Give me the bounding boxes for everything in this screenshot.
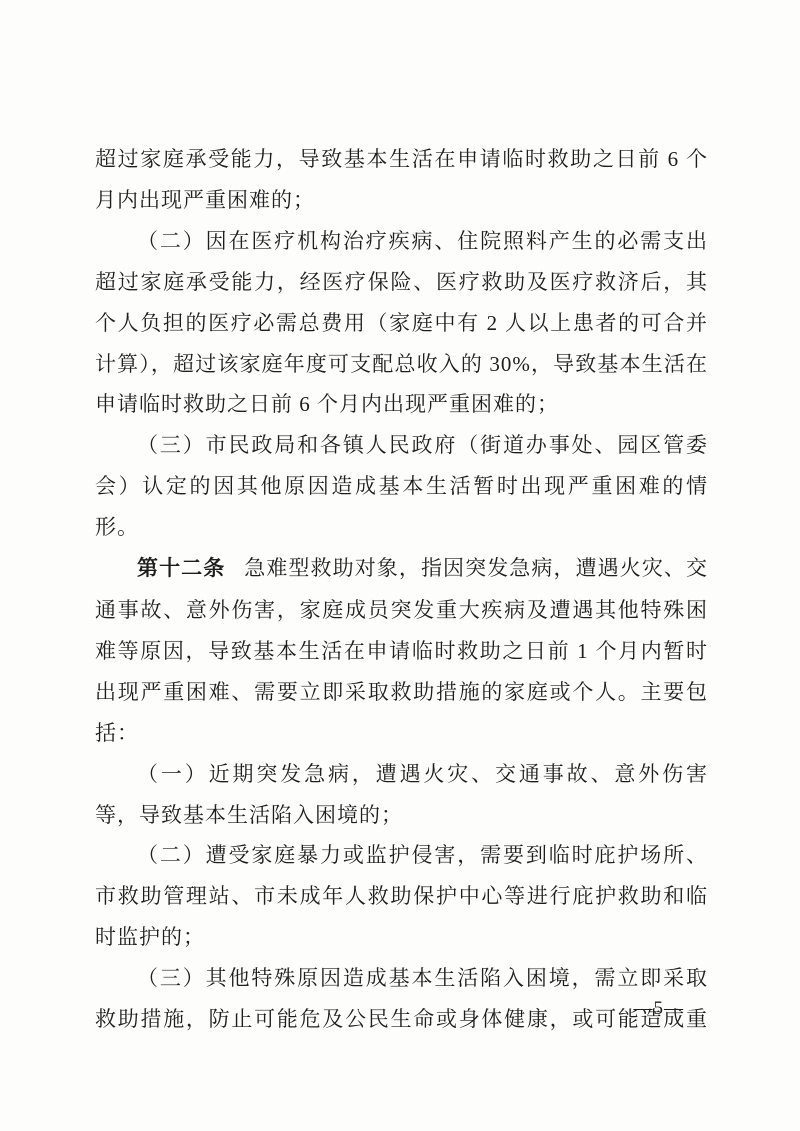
paragraph: （三）其他特殊原因造成基本生活陷入困境，需立即采取救助措施，防止可能危及公民生命… (95, 958, 708, 1040)
article-number-heading: 第十二条 (137, 557, 225, 580)
page-number: —5— (634, 998, 685, 1019)
paragraph: 超过家庭承受能力，导致基本生活在申请临时救助之日前 6 个月内出现严重困难的； (95, 139, 708, 221)
document-page: 超过家庭承受能力，导致基本生活在申请临时救助之日前 6 个月内出现严重困难的；（… (0, 0, 800, 1131)
paragraph: 第十二条急难型救助对象，指因突发急病，遭遇火灾、交通事故、意外伤害，家庭成员突发… (95, 548, 708, 754)
document-body: 超过家庭承受能力，导致基本生活在申请临时救助之日前 6 个月内出现严重困难的；（… (95, 139, 708, 1040)
paragraph: （三）市民政局和各镇人民政府（街道办事处、园区管委会）认定的因其他原因造成基本生… (95, 425, 708, 548)
paragraph: （二）遭受家庭暴力或监护侵害，需要到临时庇护场所、市救助管理站、市未成年人救助保… (95, 835, 708, 958)
page-footer: —5— (634, 998, 685, 1020)
paragraph: （二）因在医疗机构治疗疾病、住院照料产生的必需支出超过家庭承受能力，经医疗保险、… (95, 221, 708, 426)
paragraph: （一）近期突发急病，遭遇火灾、交通事故、意外伤害等，导致基本生活陷入困境的； (95, 754, 708, 836)
